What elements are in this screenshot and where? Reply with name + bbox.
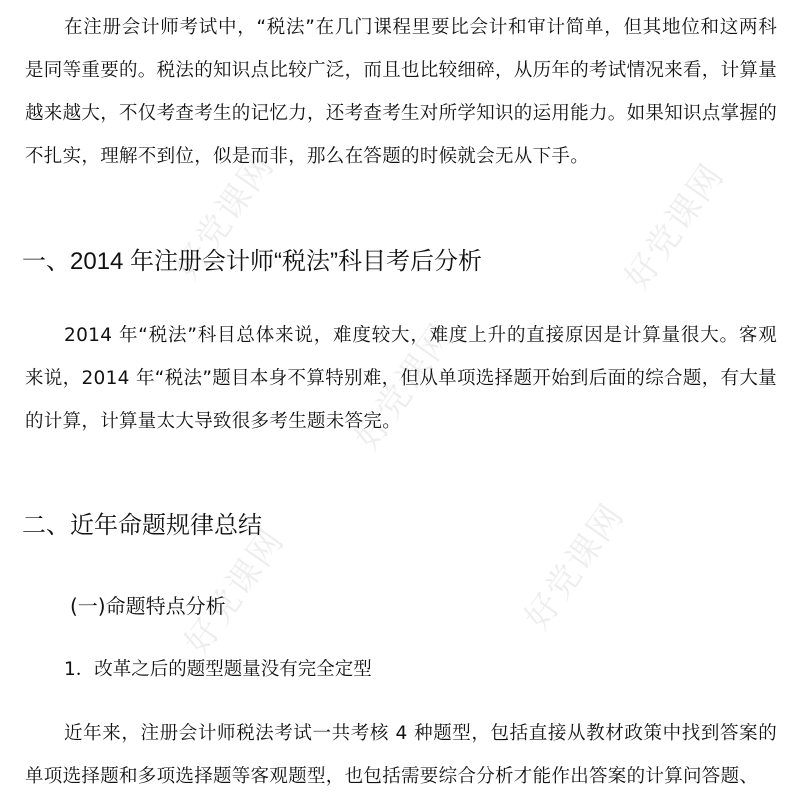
item-heading: 1．改革之后的题型题量没有完全定型 <box>64 656 372 684</box>
intro-paragraph: 在注册会计师考试中，“税法”在几门课程里要比会计和审计简单，但其地位和这两科是同… <box>25 6 777 178</box>
section-2-heading: 二、近年命题规律总结 <box>22 510 262 542</box>
section-1-paragraph: 2014 年“税法”科目总体来说，难度较大，难度上升的直接原因是计算量很大。客观… <box>25 314 777 443</box>
subsection-heading: (一)命题特点分析 <box>70 592 226 620</box>
document-page: 好党课网 好党课网 好党课网 好党课网 好党课网 在注册会计师考试中，“税法”在… <box>0 0 800 800</box>
section-1-heading: 一、2014 年注册会计师“税法”科目考后分析 <box>22 246 482 278</box>
section-2-paragraph: 近年来，注册会计师税法考试一共考核 4 种题型，包括直接从教材政策中找到答案的单… <box>25 712 777 798</box>
watermark: 好党课网 <box>511 491 634 637</box>
